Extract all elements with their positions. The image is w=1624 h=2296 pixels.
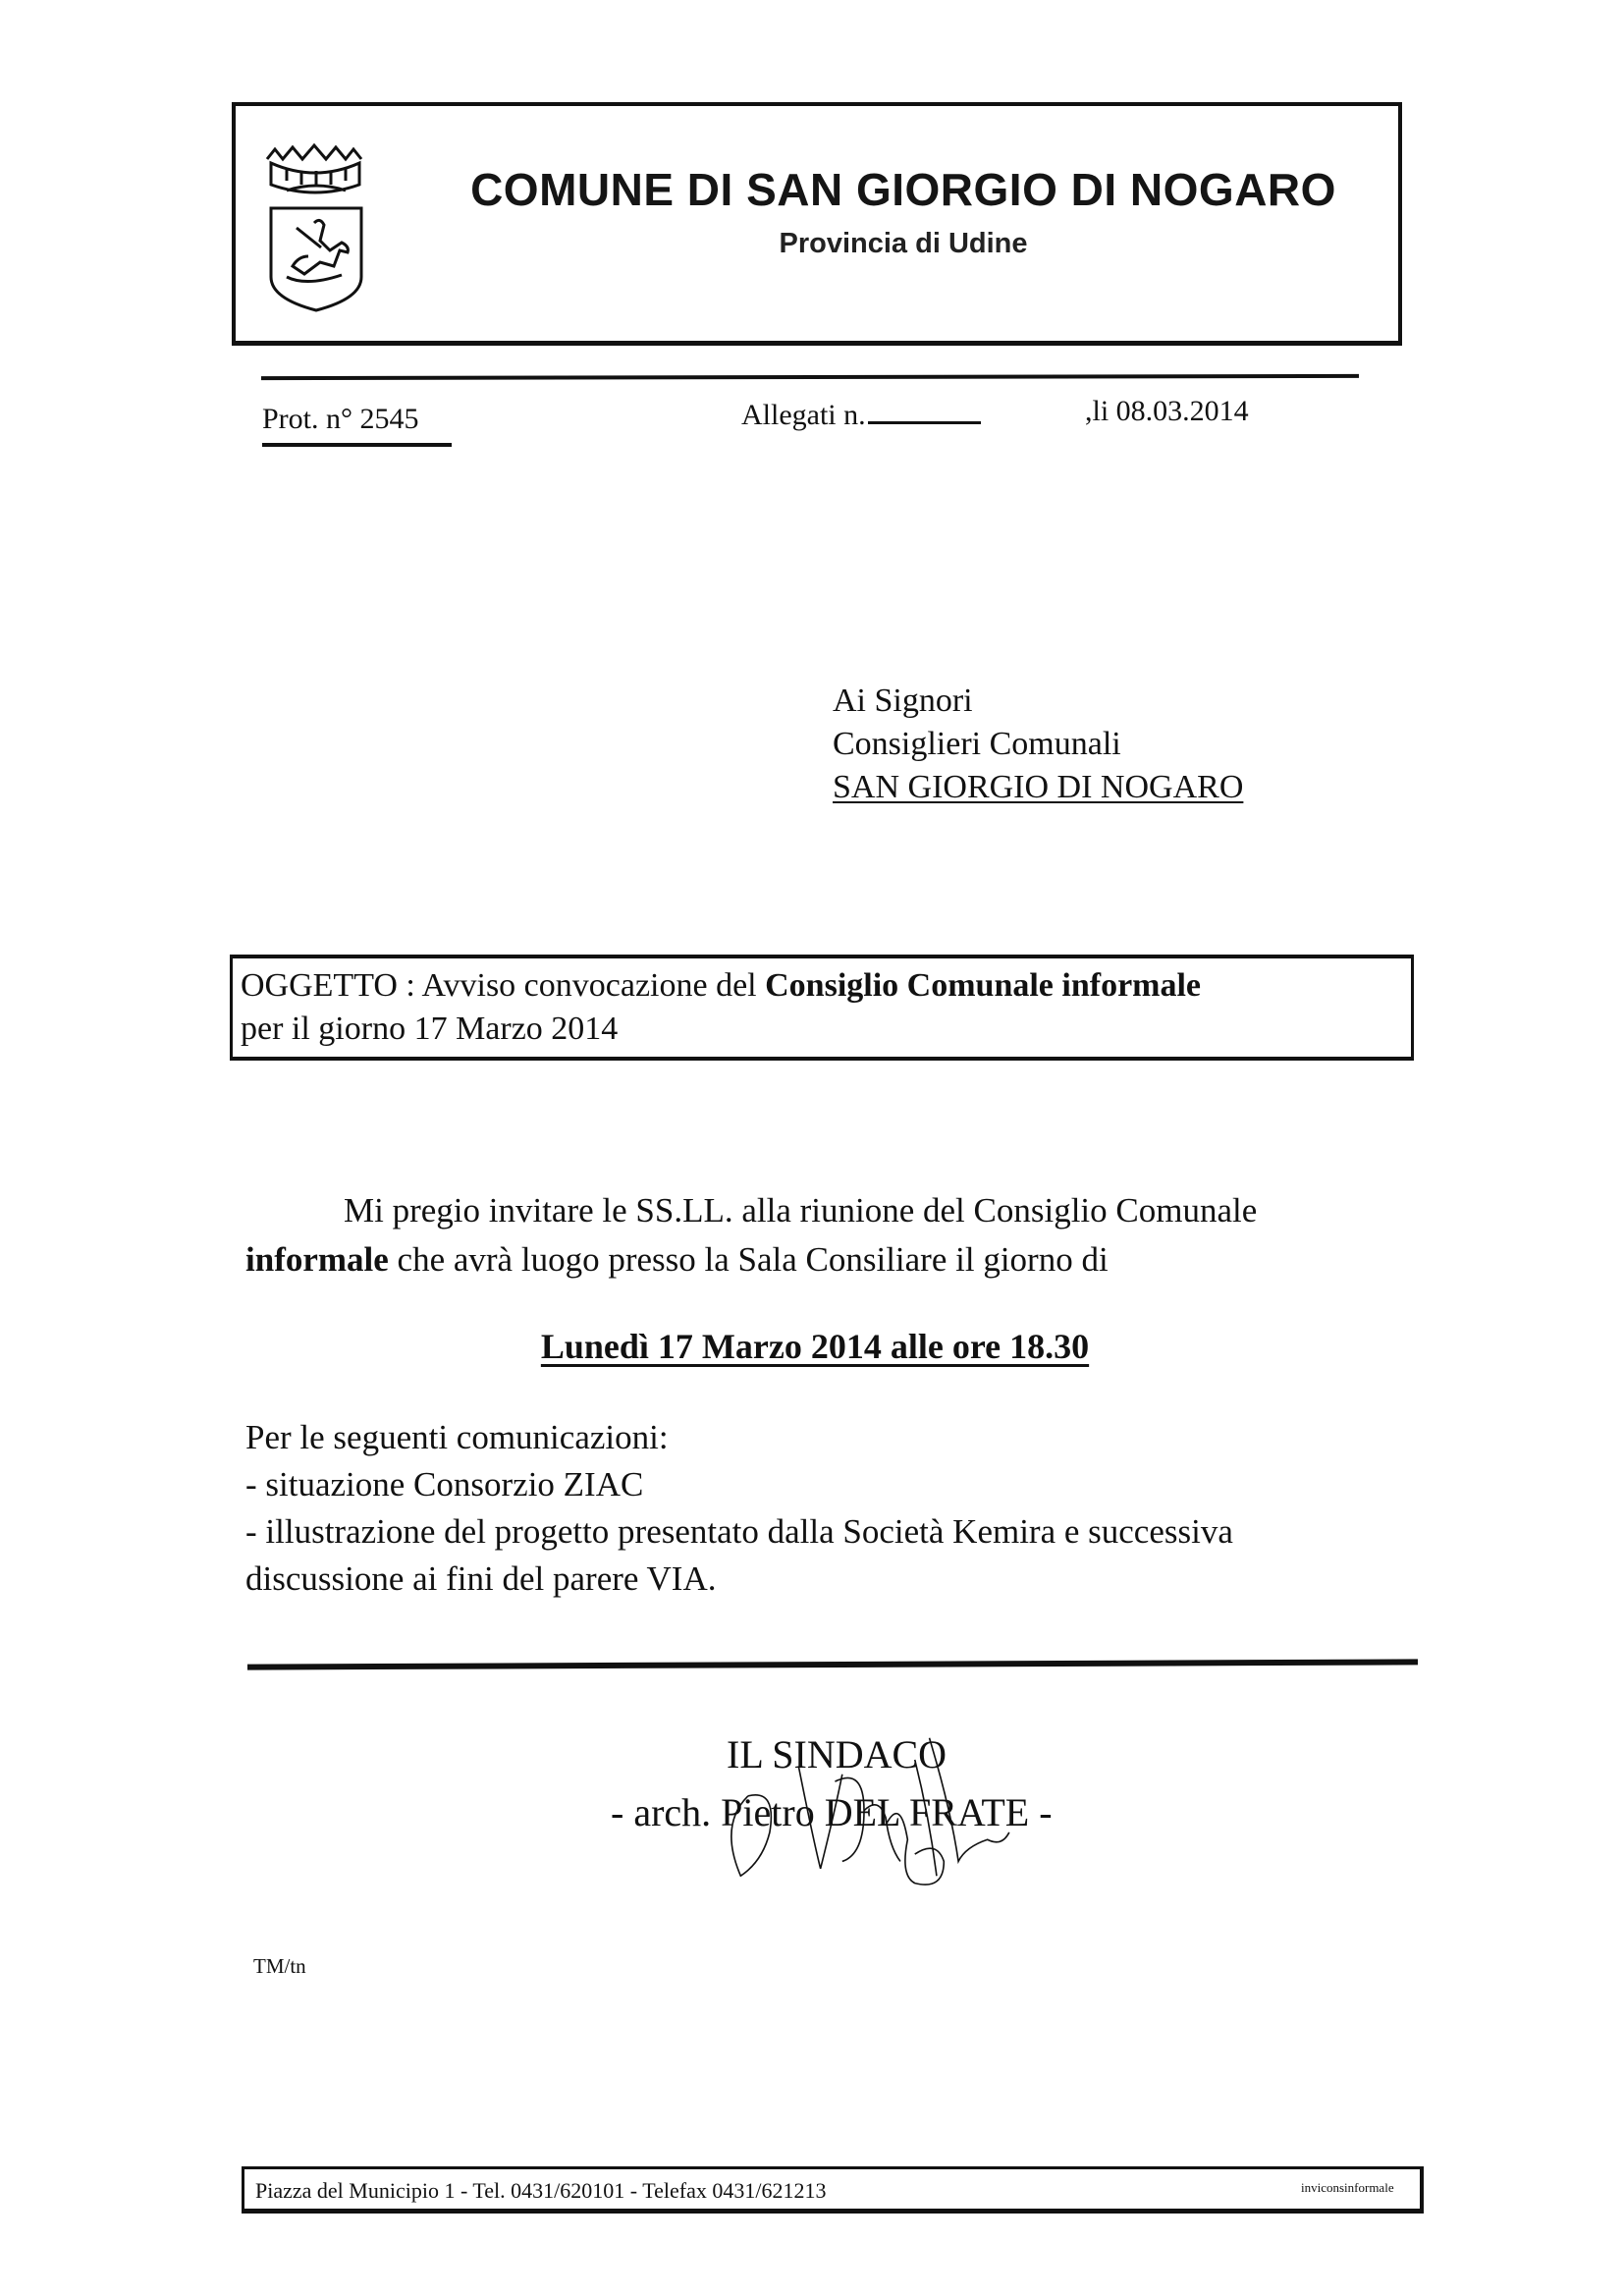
body-paragraph: Mi pregio invitare le SS.LL. alla riunio…	[245, 1186, 1424, 1285]
communications-intro: Per le seguenti comunicazioni:	[245, 1414, 1424, 1461]
attachments-blank	[868, 420, 981, 424]
list-item: - situazione Consorzio ZIAC	[245, 1461, 1424, 1508]
letterhead-box	[232, 102, 1402, 346]
footer-file-code: inviconsinformale	[1301, 2180, 1394, 2196]
body-line: Mi pregio invitare le SS.LL. alla riunio…	[344, 1191, 1257, 1230]
recipient-line: Ai Signori	[833, 680, 1243, 723]
recipient-line: Consiglieri Comunali	[833, 723, 1243, 766]
province-subtitle: Provincia di Udine	[432, 228, 1375, 260]
protocol-underline	[262, 443, 452, 447]
body-bold-word: informale	[245, 1240, 389, 1279]
subject-line2: per il giorno 17 Marzo 2014	[241, 1008, 1411, 1051]
municipality-title: COMUNE DI SAN GIORGIO DI NOGARO	[432, 163, 1375, 216]
list-item: - illustrazione del progetto presentato …	[245, 1508, 1424, 1556]
body-line: che avrà luogo presso la Sala Consiliare…	[389, 1240, 1109, 1279]
signature-divider	[247, 1659, 1418, 1669]
typist-initials: TM/tn	[253, 1954, 306, 1979]
recipient-line: SAN GIORGIO DI NOGARO	[833, 766, 1243, 809]
subject-box: OGGETTO : Avviso convocazione del Consig…	[230, 955, 1414, 1061]
attachments-label: Allegati n.	[741, 399, 866, 431]
list-item: discussione ai fini del parere VIA.	[245, 1556, 1424, 1603]
communications-list: Per le seguenti comunicazioni: - situazi…	[245, 1414, 1424, 1603]
protocol-number: Prot. n° 2545	[262, 403, 419, 436]
recipient-block: Ai Signori Consiglieri Comunali SAN GIOR…	[833, 680, 1243, 809]
meeting-datetime: Lunedì 17 Marzo 2014 alle ore 18.30	[245, 1326, 1384, 1367]
footer-address: Piazza del Municipio 1 - Tel. 0431/62010…	[255, 2178, 826, 2204]
header-divider	[261, 374, 1359, 380]
subject-label: OGGETTO : Avviso convocazione del	[241, 967, 765, 1004]
attachments-field: Allegati n.	[741, 399, 981, 432]
handwritten-signature-icon	[589, 1723, 1139, 1890]
coat-of-arms-icon	[257, 130, 373, 316]
letter-date: ,li 08.03.2014	[1085, 395, 1249, 428]
subject-bold: Consiglio Comunale informale	[765, 967, 1201, 1004]
